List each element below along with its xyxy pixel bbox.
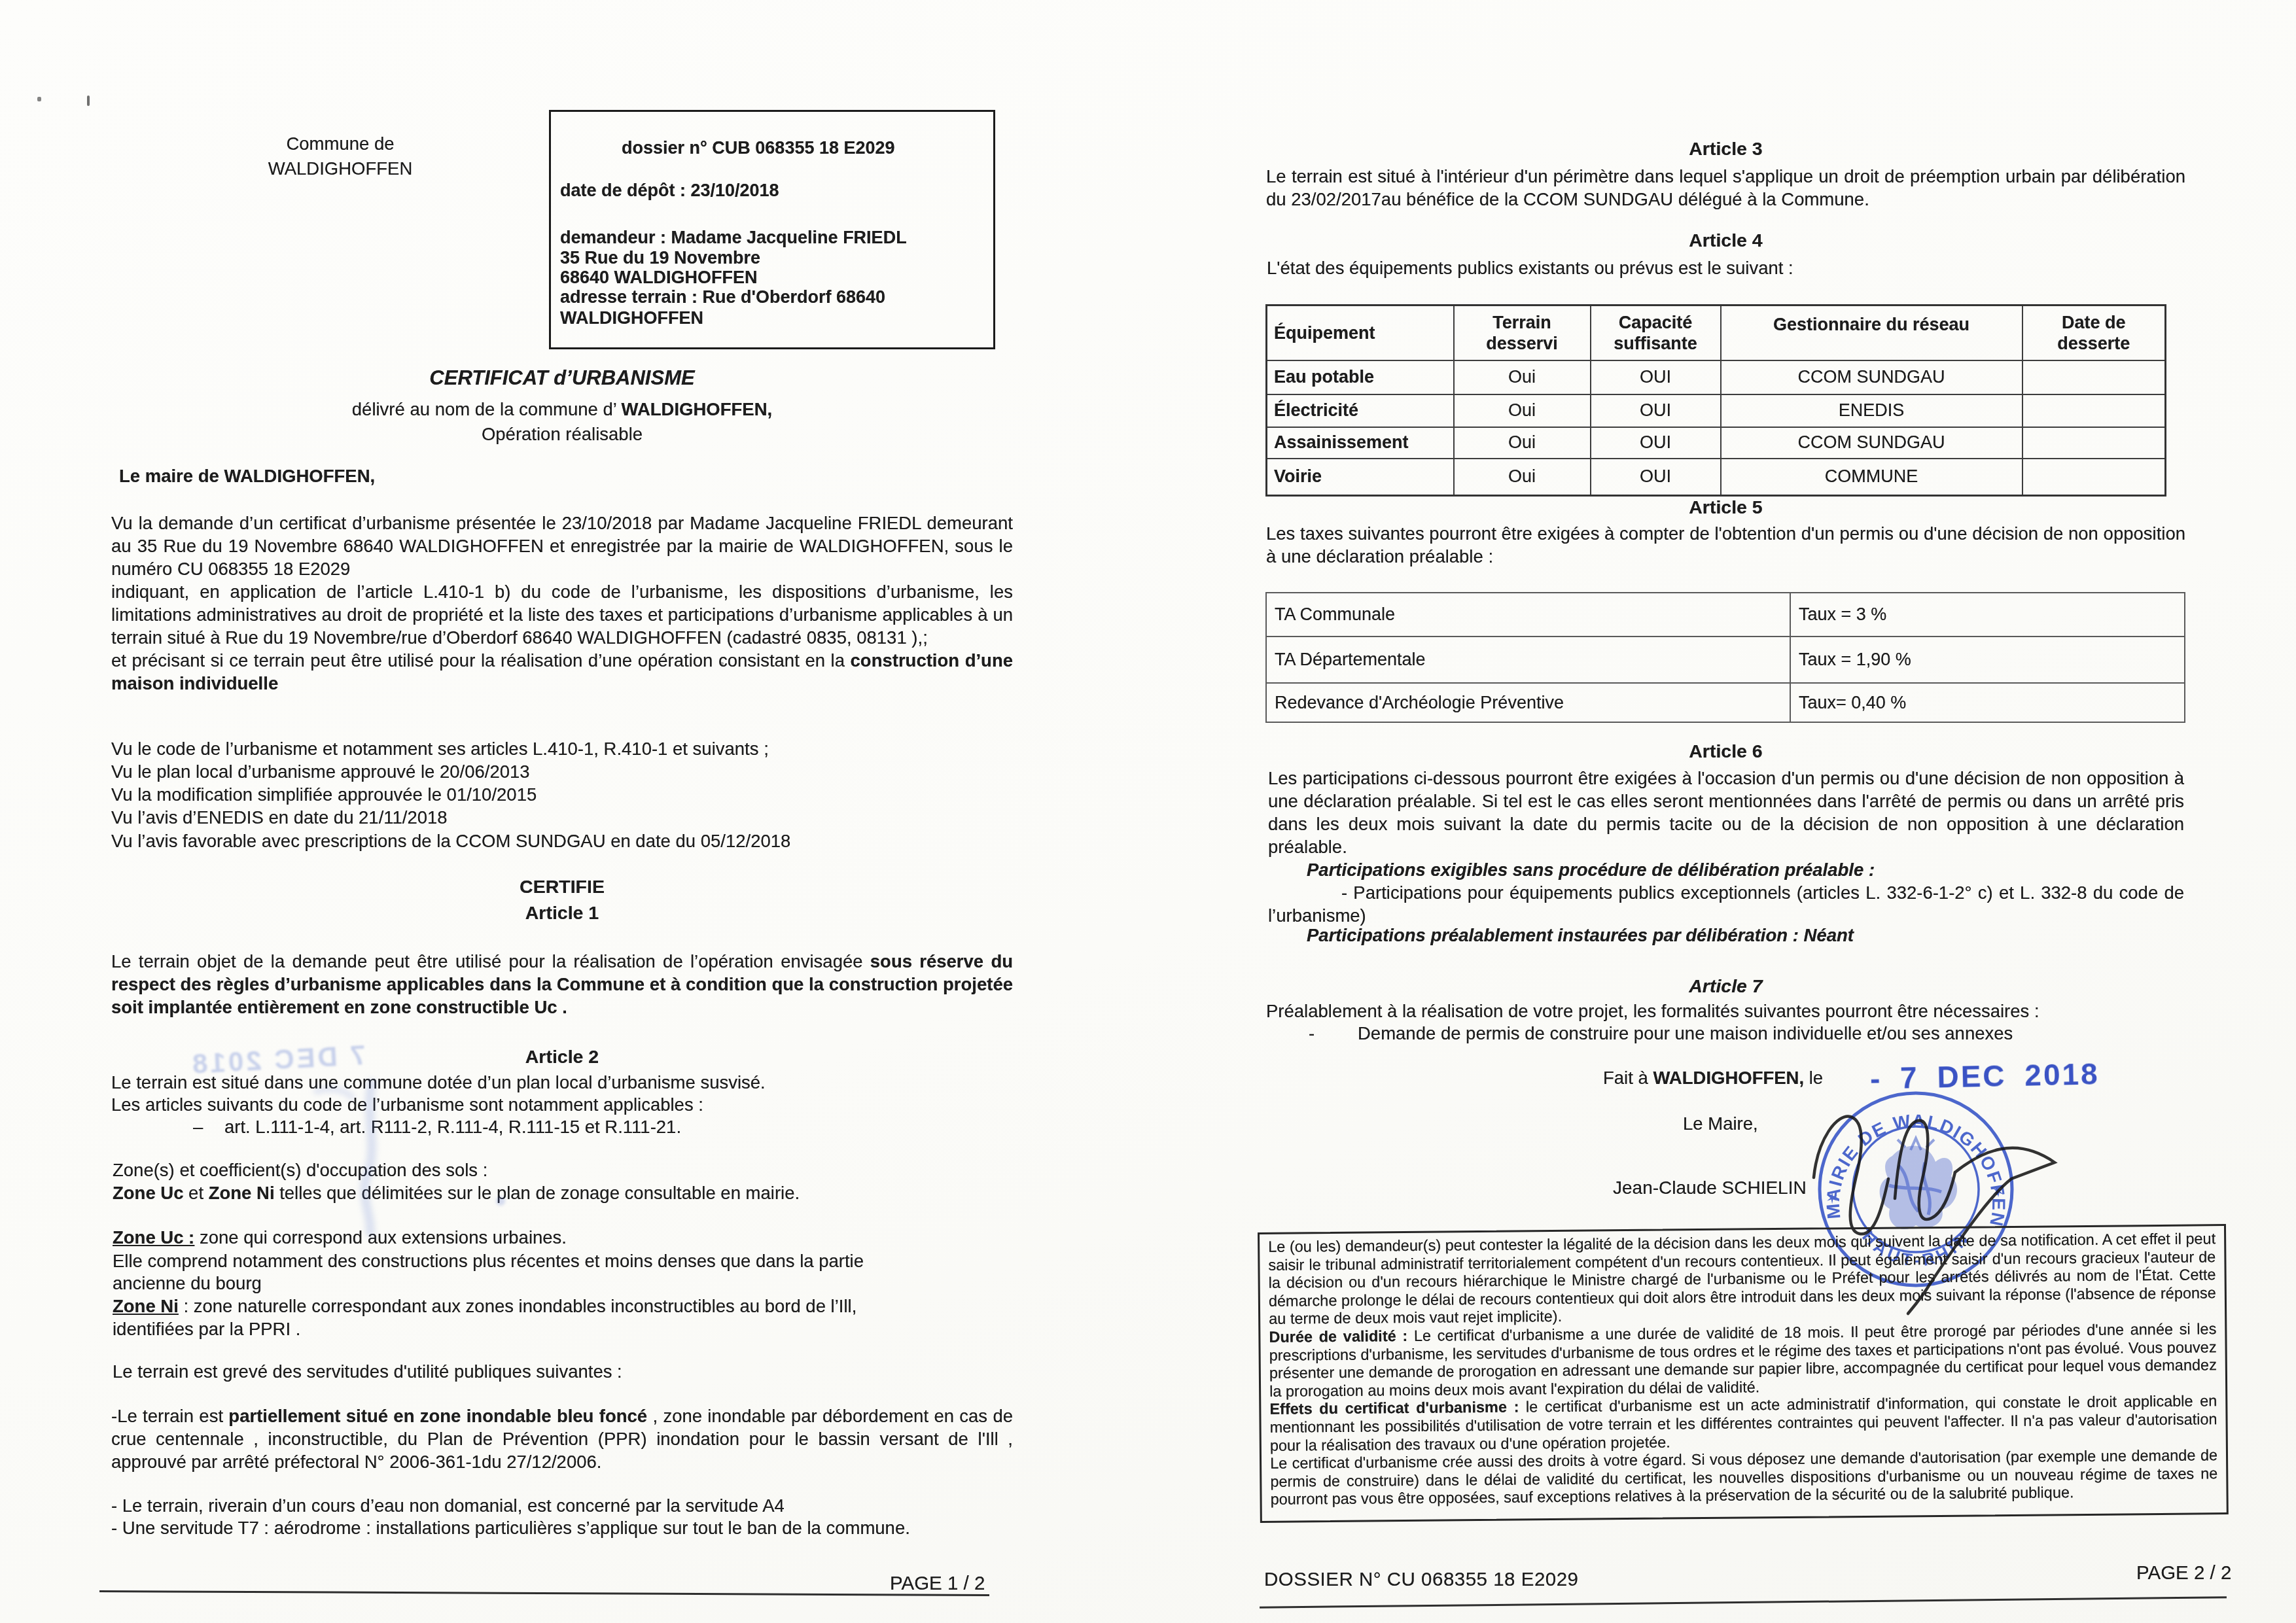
vu-line-2: Vu le plan local d’urbanisme approuvé le… [111, 760, 530, 783]
table-row: Voirie Oui OUI COMMUNE [1267, 459, 2166, 496]
table-row: Eau potable Oui OUI CCOM SUNDGAU [1267, 360, 2166, 394]
operation-status-text: Opération réalisable [482, 424, 643, 444]
zone-uc-label: Zone Uc : [113, 1227, 194, 1248]
col-header-equipement: Équipement [1267, 305, 1454, 360]
cell-terrain: Oui [1454, 360, 1591, 394]
cell-equipement: Assainissement [1267, 427, 1454, 459]
fait-pre: Fait à [1603, 1068, 1653, 1088]
participations-exigibles: Participations exigibles sans procédure … [1307, 858, 1875, 881]
tax-name: TA Communale [1266, 593, 1790, 637]
cell-terrain: Oui [1454, 394, 1591, 427]
table-row: Assainissement Oui OUI CCOM SUNDGAU [1267, 427, 2166, 459]
article3-text: Le terrain est situé à l'intérieur d'un … [1266, 165, 2185, 211]
paragraph-vu-demande: Vu la demande d’un certificat d’urbanism… [111, 512, 1013, 580]
article3-heading: Article 3 [1689, 139, 1762, 160]
cell-date [2022, 427, 2166, 459]
tax-rate: Taux = 3 % [1790, 593, 2185, 637]
commune-name: Commune de [286, 133, 394, 154]
zone-ni-text: : zone naturelle correspondant aux zones… [179, 1296, 857, 1316]
zone-ni-label: Zone Ni [113, 1296, 179, 1316]
zones-mid: et [183, 1183, 208, 1203]
item-dash: - [1309, 1022, 1358, 1045]
legal-paragraph-recours: Le (ou les) demandeur(s) peut contester … [1268, 1230, 2216, 1329]
tax-table: TA Communale Taux = 3 % TA Départemental… [1265, 592, 2185, 723]
servitude-a4: - Le terrain, riverain d’un cours d’eau … [111, 1494, 785, 1517]
subtitle-text: délivré au nom de la commune d’ [352, 399, 622, 419]
article1-text: Le terrain objet de la demande peut être… [111, 950, 1013, 1019]
servitude-bold: partiellement situé en zone inondable bl… [228, 1406, 647, 1426]
cell-gestionnaire: ENEDIS [1721, 394, 2022, 427]
article7-heading: Article 7 [1689, 976, 1762, 997]
page1-footer-rule [99, 1590, 989, 1596]
servitudes-intro: Le terrain est grevé des servitudes d'ut… [113, 1360, 622, 1383]
terrain-address-city: WALDIGHOFFEN [560, 307, 703, 330]
legal-paragraph-validite: Durée de validité : Le certificat d'urba… [1269, 1320, 2217, 1401]
tax-rate: Taux= 0,40 % [1790, 683, 2185, 722]
col-header-date: Date de desserte [2022, 305, 2166, 360]
cell-date [2022, 360, 2166, 394]
zone-ni-bold: Zone Ni [209, 1183, 275, 1203]
servitude-t7: - Une servitude T7 : aérodrome : install… [111, 1516, 910, 1539]
table-row: Redevance d'Archéologie Préventive Taux=… [1266, 683, 2185, 722]
page2-footer-page-number: PAGE 2 / 2 [2136, 1562, 2231, 1584]
bullet-dash: – [193, 1115, 224, 1138]
cell-gestionnaire: COMMUNE [1721, 459, 2022, 496]
le-maire-label: Le Maire, [1683, 1112, 1758, 1135]
legal-paragraph-effets: Effets du certificat d'urbanisme : le ce… [1269, 1393, 2217, 1455]
col-header-gestionnaire: Gestionnaire du réseau [1721, 305, 2022, 360]
scan-speck [37, 97, 41, 101]
paragraph-text: et précisant si ce terrain peut être uti… [111, 650, 851, 671]
paragraph-precisant: et précisant si ce terrain peut être uti… [111, 649, 1013, 695]
participations-instaurees: Participations préalablement instaurées … [1307, 924, 1854, 947]
item-text: Demande de permis de construire pour une… [1358, 1023, 2013, 1043]
cell-terrain: Oui [1454, 427, 1591, 459]
col-header-terrain: Terrain desservi [1454, 305, 1591, 360]
zone-ni-def: Zone Ni : zone naturelle correspondant a… [113, 1295, 857, 1318]
dossier-info-box: dossier n° CUB 068355 18 E2029 date de d… [549, 110, 995, 349]
page2-footer-rule [1260, 1596, 2227, 1608]
legal-text-validite: Le certificat d'urbanisme a une durée de… [1269, 1320, 2217, 1399]
equipment-table: Équipement Terrain desservi Capacité suf… [1265, 304, 2166, 497]
zone-uc-bold: Zone Uc [113, 1183, 183, 1203]
article7-item: -Demande de permis de construire pour un… [1309, 1022, 2013, 1045]
legal-notice-box: Le (ou les) demandeur(s) peut contester … [1258, 1224, 2229, 1523]
cell-capacite: OUI [1591, 459, 1721, 496]
cell-equipement: Électricité [1267, 394, 1454, 427]
article6-heading: Article 6 [1689, 741, 1762, 762]
applicant: demandeur : Madame Jacqueline FRIEDL [560, 226, 907, 249]
article1-heading: Article 1 [525, 903, 599, 924]
article7-text: Préalablement à la réalisation de votre … [1266, 1000, 2040, 1022]
zone-ni-def-line2: identifiées par la PPRI . [113, 1318, 300, 1340]
cell-date [2022, 459, 2166, 496]
zone-uc-def-line3: ancienne du bourg [113, 1272, 262, 1295]
dossier-number: dossier n° CUB 068355 18 E2029 [622, 137, 895, 160]
cell-capacite: OUI [1591, 427, 1721, 459]
cell-equipement: Eau potable [1267, 360, 1454, 394]
page1-footer-page-number: PAGE 1 / 2 [890, 1573, 985, 1595]
vu-line-3: Vu la modification simplifiée approuvée … [111, 783, 537, 806]
deposit-date: date de dépôt : 23/10/2018 [560, 179, 779, 202]
servitude-inondable: -Le terrain est partiellement situé en z… [111, 1405, 1013, 1473]
cell-date [2022, 394, 2166, 427]
paragraph-indiquant: indiquant, en application de l’article L… [111, 580, 1013, 649]
article1-normal: Le terrain objet de la demande peut être… [111, 951, 870, 971]
page2-footer-dossier-number: DOSSIER N° CU 068355 18 E2029 [1264, 1569, 1579, 1591]
commune-name: WALDIGHOFFEN [268, 158, 413, 179]
subtitle-commune: WALDIGHOFFEN, [622, 399, 773, 419]
certifie-heading: CERTIFIE [520, 877, 605, 898]
zone-uc-def-line2: Elle comprend notamment des construction… [113, 1249, 864, 1272]
article4-heading: Article 4 [1689, 230, 1762, 251]
commune-label-line2: WALDIGHOFFEN [236, 157, 445, 180]
tax-name: Redevance d'Archéologie Préventive [1266, 683, 1790, 722]
commune-label-line1: Commune de [249, 132, 432, 155]
servitude-pre: -Le terrain est [111, 1406, 228, 1426]
document-subtitle: délivré au nom de la commune d’ WALDIGHO… [111, 399, 1013, 420]
legal-paragraph-droits: Le certificat d'urbanisme crée aussi des… [1270, 1446, 2218, 1509]
scan-speck [87, 96, 90, 106]
article4-intro: L'état des équipements publics existants… [1267, 256, 1793, 279]
cell-gestionnaire: CCOM SUNDGAU [1721, 360, 2022, 394]
article2-heading: Article 2 [525, 1047, 599, 1068]
vu-line-4: Vu l’avis d’ENEDIS en date du 21/11/2018 [111, 806, 448, 829]
terrain-address: adresse terrain : Rue d'Oberdorf 68640 [560, 286, 885, 309]
participations-item: - Participations pour équipements public… [1268, 881, 2184, 927]
cell-equipement: Voirie [1267, 459, 1454, 496]
scanned-certificate-document: Commune de WALDIGHOFFEN dossier n° CUB 0… [0, 0, 2296, 1623]
vu-line-5: Vu l’avis favorable avec prescriptions d… [111, 829, 790, 852]
cell-terrain: Oui [1454, 459, 1591, 496]
mayor-line: Le maire de WALDIGHOFFEN, [119, 464, 375, 487]
cell-capacite: OUI [1591, 360, 1721, 394]
table-row: Électricité Oui OUI ENEDIS [1267, 394, 2166, 427]
bleedthrough-ink-marks [275, 1073, 537, 1243]
document-title: CERTIFICAT d’URBANISME [429, 366, 694, 389]
legal-label-validite: Durée de validité : [1269, 1327, 1407, 1346]
cell-capacite: OUI [1591, 394, 1721, 427]
table-row: TA Communale Taux = 3 % [1266, 593, 2185, 637]
tax-rate: Taux = 1,90 % [1790, 637, 2185, 683]
request-paragraphs: Vu la demande d’un certificat d’urbanism… [111, 512, 1013, 695]
operation-status: Opération réalisable [111, 424, 1013, 445]
article5-intro: Les taxes suivantes pourront être exigée… [1266, 522, 2185, 568]
article6-text: Les participations ci-dessous pourront ê… [1268, 767, 2184, 858]
article5-heading: Article 5 [1689, 497, 1762, 518]
vu-line-1: Vu le code de l’urbanisme et notamment s… [111, 737, 769, 760]
equipment-header-row: Équipement Terrain desservi Capacité suf… [1267, 305, 2166, 360]
table-row: TA Départementale Taux = 1,90 % [1266, 637, 2185, 683]
tax-name: TA Départementale [1266, 637, 1790, 683]
cell-gestionnaire: CCOM SUNDGAU [1721, 427, 2022, 459]
legal-label-effets: Effets du certificat d'urbanisme : [1269, 1399, 1519, 1418]
col-header-capacite: Capacité suffisante [1591, 305, 1721, 360]
